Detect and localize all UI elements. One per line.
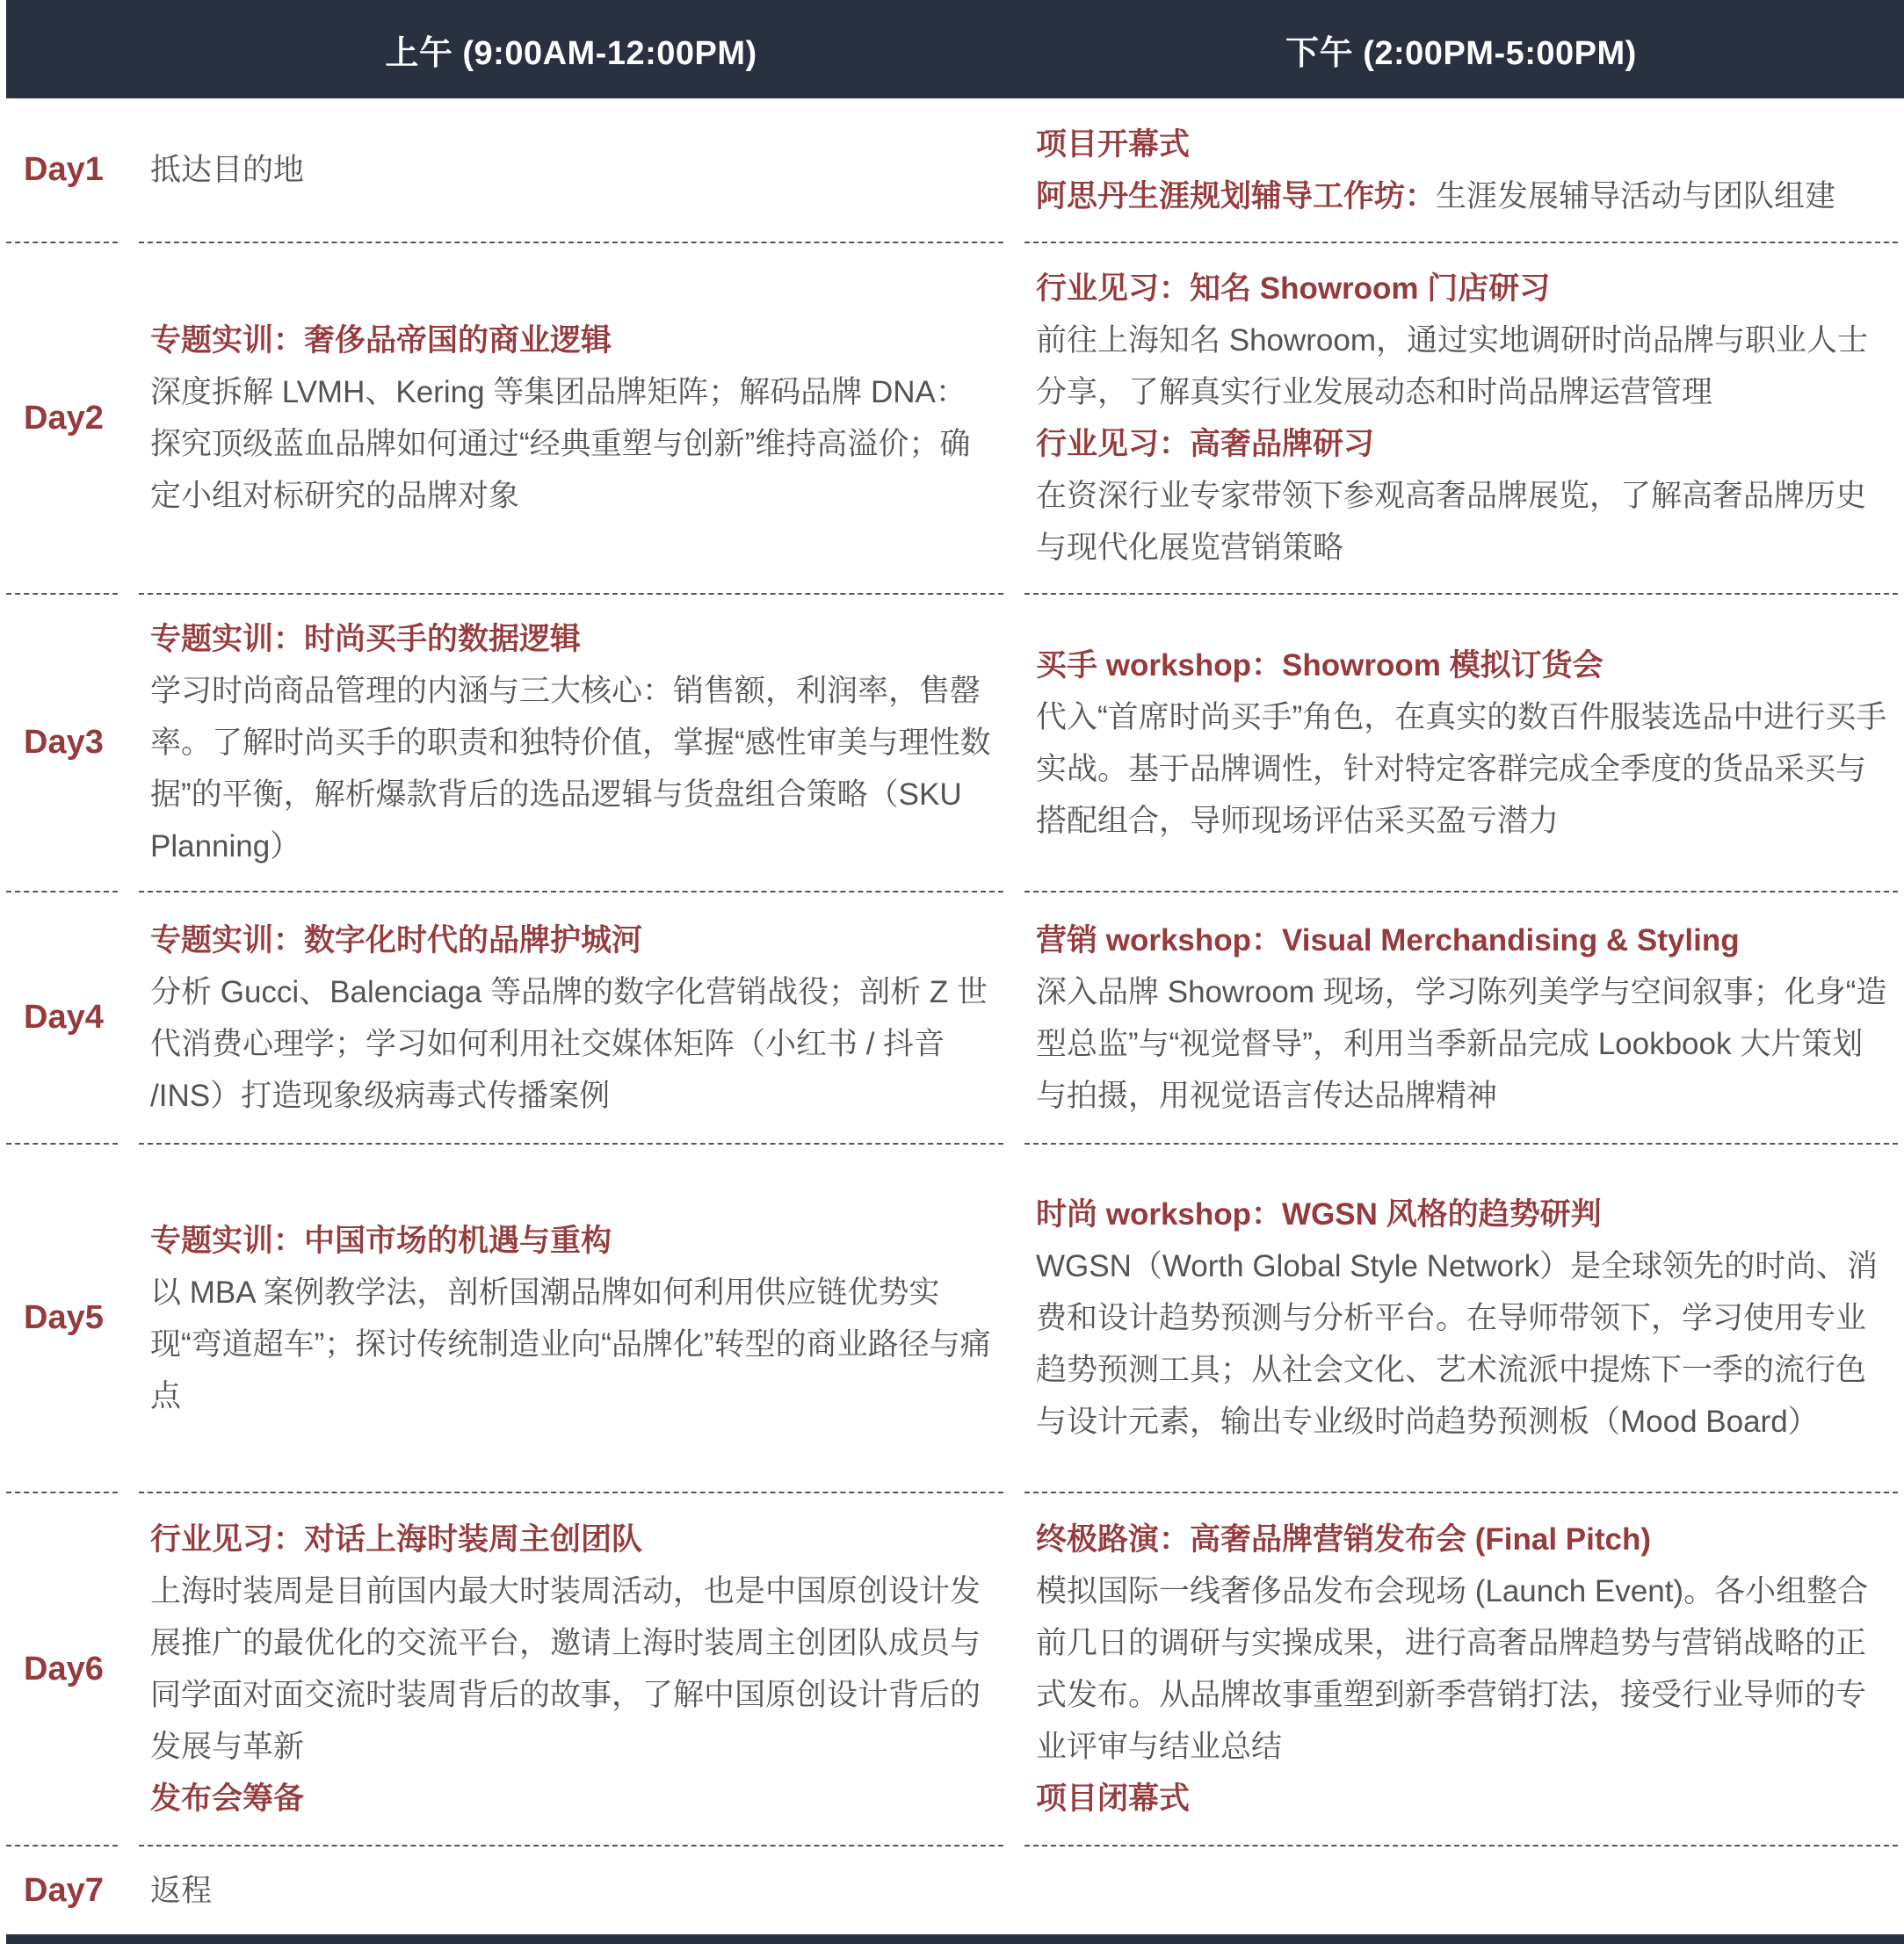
activity-paragraph: 模拟国际一线奢侈品发布会现场 (Launch Event)。各小组整合前几日的调… [1036, 1565, 1887, 1773]
activity-paragraph: 营销 workshop：Visual Merchandising & Styli… [1036, 914, 1887, 966]
day-label-day3: Day3 [6, 595, 118, 893]
schedule-row-day3: Day3专题实训：时尚买手的数据逻辑学习时尚商品管理的内涵与三大核心：销售额，利… [6, 595, 1904, 893]
activity-title: 专题实训：时尚买手的数据逻辑 [150, 622, 581, 656]
activity-description: 深入品牌 Showroom 现场，学习陈列美学与空间叙事；化身“造型总监”与“视… [1036, 975, 1886, 1113]
day-label-day4: Day4 [6, 893, 118, 1145]
activity-title: 营销 workshop：Visual Merchandising & Styli… [1036, 923, 1740, 958]
activity-paragraph: 专题实训：时尚买手的数据逻辑 [150, 613, 993, 665]
activity-title: 终极路演：高奢品牌营销发布会 (Final Pitch) [1036, 1522, 1651, 1557]
activity-description: 以 MBA 案例教学法，剖析国潮品牌如何利用供应链优势实现“弯道超车”；探讨传统… [150, 1276, 991, 1413]
schedule-row-day6: Day6行业见习：对话上海时装周主创团队上海时装周是目前国内最大时装周活动，也是… [6, 1493, 1904, 1846]
activity-title: 行业见习：对话上海时装周主创团队 [150, 1522, 642, 1557]
day2-afternoon-cell: 行业见习：知名 Showroom 门店研习前往上海知名 Showroom，通过实… [1024, 243, 1898, 595]
activity-paragraph: 在资深行业专家带领下参观高奢品牌展览，了解高奢品牌历史与现代化展览营销策略 [1036, 470, 1887, 574]
footer-bar [6, 1934, 1904, 1944]
activity-title: 买手 workshop：Showroom 模拟订货会 [1036, 648, 1604, 683]
table-body: Day1抵达目的地项目开幕式阿思丹生涯规划辅导工作坊：生涯发展辅导活动与团队组建… [6, 98, 1904, 1934]
day5-morning-cell: 专题实训：中国市场的机遇与重构以 MBA 案例教学法，剖析国潮品牌如何利用供应链… [139, 1145, 1003, 1493]
activity-title: 项目闭幕式 [1036, 1781, 1190, 1816]
activity-paragraph: 代入“首席时尚买手”角色，在真实的数百件服装选品中进行买手实战。基于品牌调性，针… [1036, 691, 1887, 847]
activity-paragraph: 发布会筹备 [150, 1773, 993, 1825]
activity-description: 在资深行业专家带领下参观高奢品牌展览，了解高奢品牌历史与现代化展览营销策略 [1036, 479, 1866, 565]
schedule-row-day1: Day1抵达目的地项目开幕式阿思丹生涯规划辅导工作坊：生涯发展辅导活动与团队组建 [6, 98, 1904, 243]
activity-paragraph: 深度拆解 LVMH、Kering 等集团品牌矩阵；解码品牌 DNA：探究顶级蓝血… [150, 366, 993, 522]
schedule-row-day4: Day4专题实训：数字化时代的品牌护城河分析 Gucci、Balenciaga … [6, 893, 1904, 1145]
activity-title: 行业见习：知名 Showroom 门店研习 [1036, 271, 1550, 306]
activity-paragraph: 深入品牌 Showroom 现场，学习陈列美学与空间叙事；化身“造型总监”与“视… [1036, 966, 1887, 1122]
activity-description: 代入“首席时尚买手”角色，在真实的数百件服装选品中进行买手实战。基于品牌调性，针… [1036, 700, 1886, 838]
activity-description: WGSN（Worth Global Style Network）是全球领先的时尚… [1036, 1249, 1878, 1439]
activity-title: 时尚 workshop：WGSN 风格的趋势研判 [1036, 1197, 1602, 1232]
activity-description: 前往上海知名 Showroom，通过实地调研时尚品牌与职业人士分享，了解真实行业… [1036, 323, 1868, 409]
day-label-day5: Day5 [6, 1145, 118, 1493]
activity-paragraph: 分析 Gucci、Balenciaga 等品牌的数字化营销战役；剖析 Z 世代消… [150, 966, 993, 1122]
activity-paragraph: 买手 workshop：Showroom 模拟订货会 [1036, 640, 1887, 691]
activity-paragraph: 抵达目的地 [150, 144, 993, 196]
day1-morning-cell: 抵达目的地 [139, 98, 1003, 243]
activity-description: 上海时装周是目前国内最大时装周活动，也是中国原创设计发展推广的最优化的交流平台，… [150, 1574, 981, 1764]
day-label-day7: Day7 [6, 1846, 118, 1934]
activity-description: 深度拆解 LVMH、Kering 等集团品牌矩阵；解码品牌 DNA：探究顶级蓝血… [150, 375, 970, 513]
day3-morning-cell: 专题实训：时尚买手的数据逻辑学习时尚商品管理的内涵与三大核心：销售额，利润率，售… [139, 595, 1003, 893]
activity-description: 生涯发展辅导活动与团队组建 [1436, 179, 1835, 213]
morning-header-label: 上午 (9:00AM-12:00PM) [139, 25, 1003, 74]
day-label-day2: Day2 [6, 243, 118, 595]
day3-afternoon-cell: 买手 workshop：Showroom 模拟订货会代入“首席时尚买手”角色，在… [1024, 595, 1898, 893]
activity-paragraph: 前往上海知名 Showroom，通过实地调研时尚品牌与职业人士分享，了解真实行业… [1036, 314, 1887, 418]
activity-title: 行业见习：高奢品牌研习 [1036, 427, 1374, 461]
activity-paragraph: 返程 [150, 1865, 993, 1917]
activity-title: 发布会筹备 [150, 1781, 304, 1816]
day7-morning-cell: 返程 [139, 1846, 1003, 1934]
activity-paragraph: 行业见习：对话上海时装周主创团队 [150, 1514, 993, 1565]
activity-title: 专题实训：奢侈品帝国的商业逻辑 [150, 323, 612, 358]
activity-paragraph: 学习时尚商品管理的内涵与三大核心：销售额，利润率，售罄率。了解时尚买手的职责和独… [150, 665, 993, 872]
activity-paragraph: 以 MBA 案例教学法，剖析国潮品牌如何利用供应链优势实现“弯道超车”；探讨传统… [150, 1267, 993, 1422]
day2-morning-cell: 专题实训：奢侈品帝国的商业逻辑深度拆解 LVMH、Kering 等集团品牌矩阵；… [139, 243, 1003, 595]
day4-afternoon-cell: 营销 workshop：Visual Merchandising & Styli… [1024, 893, 1898, 1145]
activity-paragraph: 阿思丹生涯规划辅导工作坊：生涯发展辅导活动与团队组建 [1036, 170, 1887, 222]
day6-afternoon-cell: 终极路演：高奢品牌营销发布会 (Final Pitch)模拟国际一线奢侈品发布会… [1024, 1493, 1898, 1846]
activity-paragraph: WGSN（Worth Global Style Network）是全球领先的时尚… [1036, 1240, 1887, 1448]
activity-paragraph: 专题实训：奢侈品帝国的商业逻辑 [150, 314, 993, 366]
activity-paragraph: 行业见习：知名 Showroom 门店研习 [1036, 263, 1887, 314]
activity-description: 抵达目的地 [150, 153, 304, 187]
activity-description: 模拟国际一线奢侈品发布会现场 (Launch Event)。各小组整合前几日的调… [1036, 1574, 1868, 1764]
activity-paragraph: 终极路演：高奢品牌营销发布会 (Final Pitch) [1036, 1514, 1887, 1565]
day-label-day1: Day1 [6, 98, 118, 243]
table-header-row: 上午 (9:00AM-12:00PM) 下午 (2:00PM-5:00PM) [6, 0, 1904, 98]
afternoon-header-label: 下午 (2:00PM-5:00PM) [1024, 25, 1898, 74]
day5-afternoon-cell: 时尚 workshop：WGSN 风格的趋势研判WGSN（Worth Globa… [1024, 1145, 1898, 1493]
activity-description: 分析 Gucci、Balenciaga 等品牌的数字化营销战役；剖析 Z 世代消… [150, 975, 988, 1113]
activity-paragraph: 项目开幕式 [1036, 119, 1887, 170]
activity-title: 项目开幕式 [1036, 127, 1190, 162]
activity-description: 返程 [150, 1874, 212, 1908]
day1-afternoon-cell: 项目开幕式阿思丹生涯规划辅导工作坊：生涯发展辅导活动与团队组建 [1024, 98, 1898, 243]
day6-morning-cell: 行业见习：对话上海时装周主创团队上海时装周是目前国内最大时装周活动，也是中国原创… [139, 1493, 1003, 1846]
activity-description: 学习时尚商品管理的内涵与三大核心：销售额，利润率，售罄率。了解时尚买手的职责和独… [150, 674, 991, 864]
schedule-row-day7: Day7返程 [6, 1846, 1904, 1934]
activity-paragraph: 专题实训：中国市场的机遇与重构 [150, 1215, 993, 1267]
day-label-day6: Day6 [6, 1493, 118, 1846]
activity-paragraph: 项目闭幕式 [1036, 1773, 1887, 1825]
activity-title: 阿思丹生涯规划辅导工作坊： [1036, 179, 1436, 213]
activity-paragraph: 专题实训：数字化时代的品牌护城河 [150, 914, 993, 966]
program-schedule-table: 上午 (9:00AM-12:00PM) 下午 (2:00PM-5:00PM) D… [0, 0, 1904, 1944]
schedule-row-day5: Day5专题实训：中国市场的机遇与重构以 MBA 案例教学法，剖析国潮品牌如何利… [6, 1145, 1904, 1493]
activity-paragraph: 时尚 workshop：WGSN 风格的趋势研判 [1036, 1189, 1887, 1240]
activity-paragraph: 上海时装周是目前国内最大时装周活动，也是中国原创设计发展推广的最优化的交流平台，… [150, 1565, 993, 1773]
day4-morning-cell: 专题实训：数字化时代的品牌护城河分析 Gucci、Balenciaga 等品牌的… [139, 893, 1003, 1145]
activity-paragraph: 行业见习：高奢品牌研习 [1036, 418, 1887, 470]
day7-afternoon-cell [1024, 1846, 1898, 1934]
schedule-row-day2: Day2专题实训：奢侈品帝国的商业逻辑深度拆解 LVMH、Kering 等集团品… [6, 243, 1904, 595]
activity-title: 专题实训：数字化时代的品牌护城河 [150, 923, 642, 958]
activity-title: 专题实训：中国市场的机遇与重构 [150, 1224, 612, 1258]
